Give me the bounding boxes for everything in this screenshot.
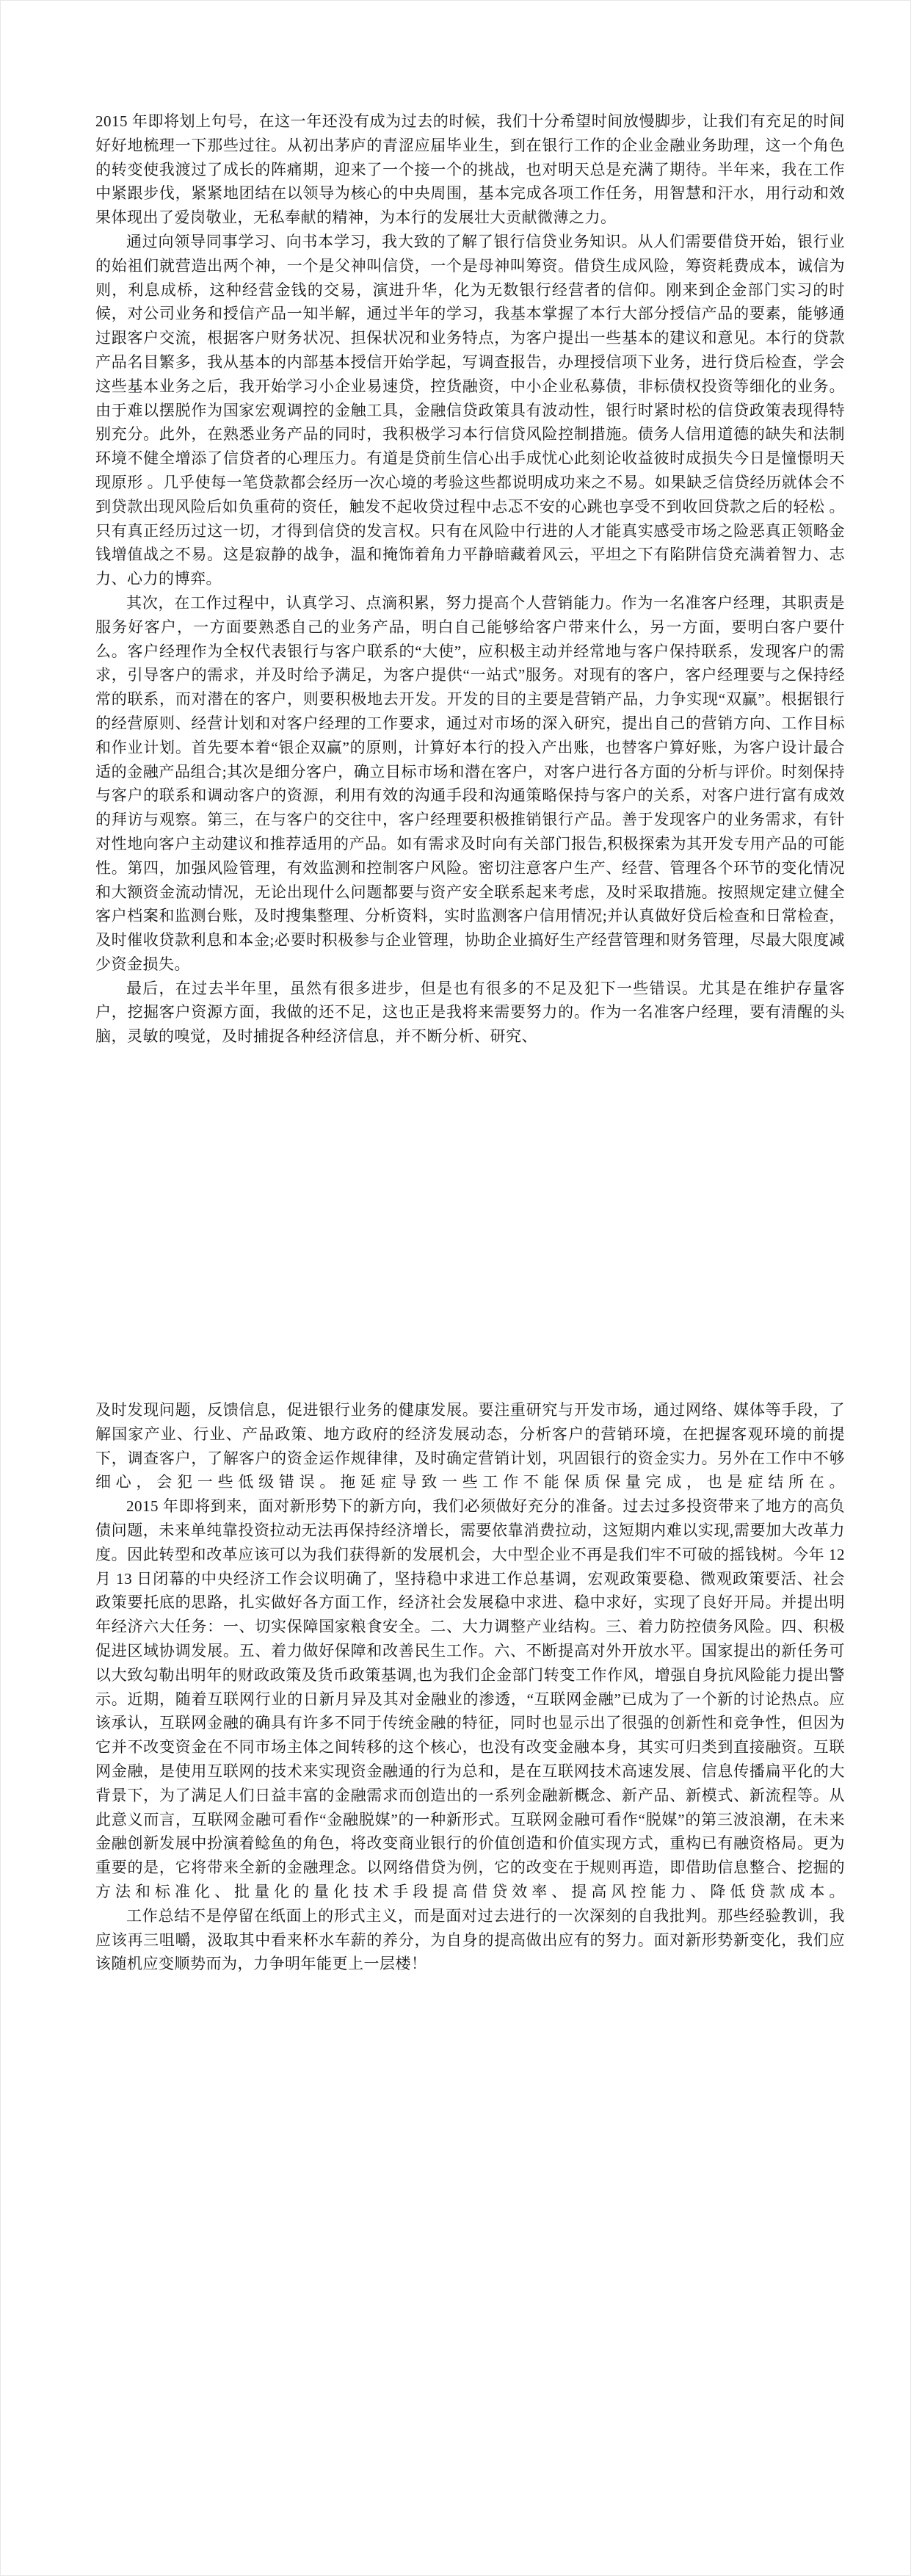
document-page: 2015 年即将划上句号，在这一年还没有成为过去的时候，我们十分希望时间放慢脚步… <box>0 0 911 2576</box>
page1-text-block: 2015 年即将划上句号，在这一年还没有成为过去的时候，我们十分希望时间放慢脚步… <box>95 109 845 1049</box>
paragraph-outlook-2015: 2015 年即将到来，面对新形势下的新方向，我们必须做好充分的准备。过去过多投资… <box>95 1494 845 1904</box>
page2-text-block: 及时发现问题，反馈信息，促进银行业务的健康发展。要注重研究与开发市场，通过网络、… <box>95 1398 845 1976</box>
paragraph-closing: 工作总结不是停留在纸面上的形式主义，而是面对过去进行的一次深刻的自我批判。那些经… <box>95 1904 845 1976</box>
paragraph-shortcomings-page1-part: 最后，在过去半年里，虽然有很多进步，但是也有很多的不足及犯下一些错误。尤其是在维… <box>95 977 845 1049</box>
paragraph-shortcomings-page2-part: 及时发现问题，反馈信息，促进银行业务的健康发展。要注重研究与开发市场，通过网络、… <box>95 1398 845 1494</box>
paragraph-credit-learning: 通过向领导同事学习、向书本学习，我大致的了解了银行信贷业务知识。从人们需要借贷开… <box>95 230 845 591</box>
paragraph-opening: 2015 年即将划上句号，在这一年还没有成为过去的时候，我们十分希望时间放慢脚步… <box>95 109 845 230</box>
paragraph-marketing-ability: 其次，在工作过程中，认真学习、点滴积累，努力提高个人营销能力。作为一名准客户经理… <box>95 591 845 977</box>
